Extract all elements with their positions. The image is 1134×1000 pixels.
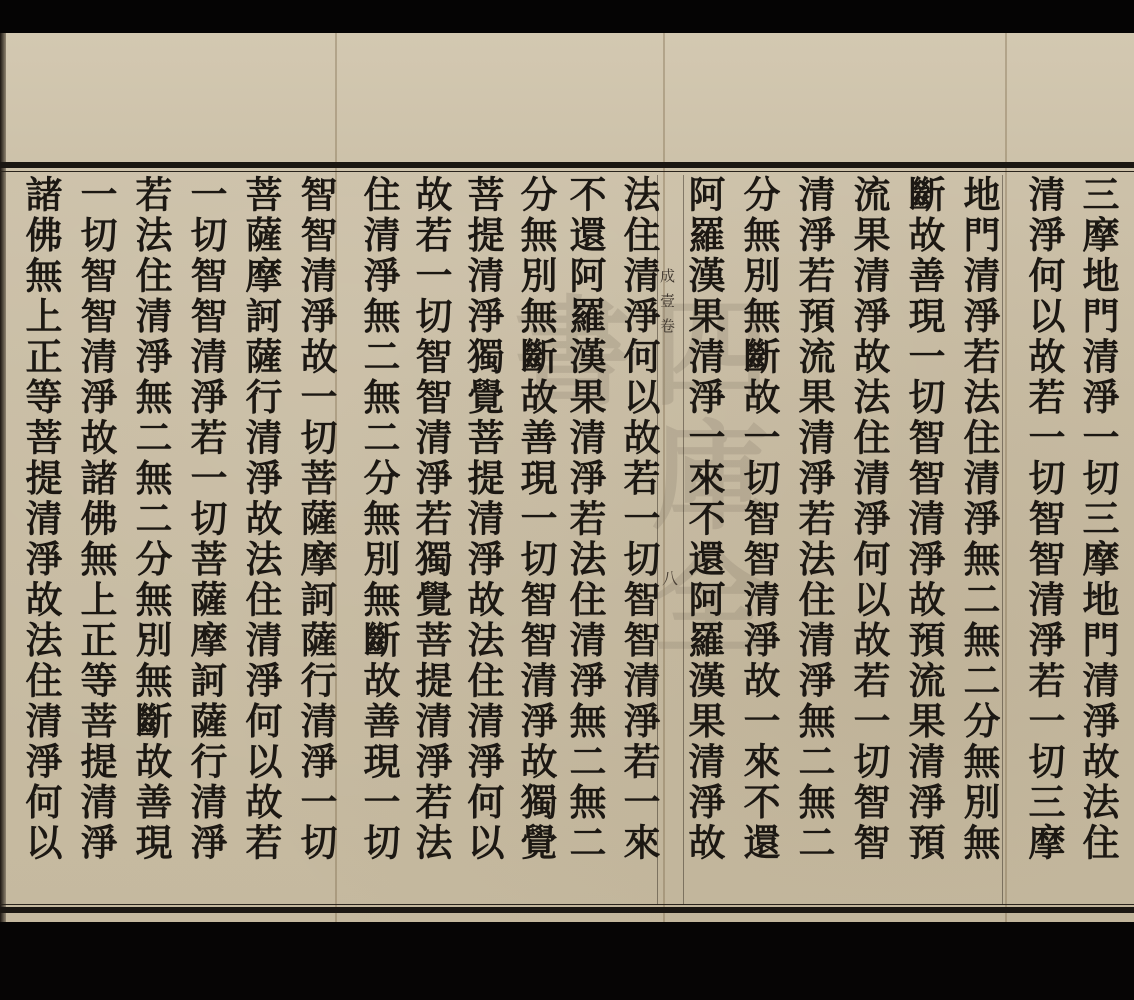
text-column: 智智清淨故一切菩薩摩訶薩行清淨一切 (290, 175, 342, 905)
text-column: 若法住清淨無二無二分無別無斷故善現 (125, 175, 177, 905)
text-column: 清淨若預流果清淨若法住清淨無二無二 (788, 175, 840, 905)
text-column: 三摩地門清淨一切三摩地門清淨故法住 (1072, 175, 1124, 905)
text-column: 菩提清淨獨覺菩提清淨故法住清淨何以 (457, 175, 509, 905)
text-column: 菩薩摩訶薩行清淨故法住清淨何以故若 (235, 175, 287, 905)
text-block: 三摩地門清淨一切三摩地門清淨故法住 清淨何以故若一切智智清淨若一切三摩 地門清淨… (10, 175, 1130, 905)
text-column: 住清淨無二無二分無別無斷故善現一切 (353, 175, 405, 905)
fold-margin-label: 成壹卷 (657, 268, 678, 343)
text-column: 不還阿羅漢果清淨若法住清淨無二無二 (559, 175, 611, 905)
scan-bottom-border (0, 922, 1134, 1000)
text-column: 故若一切智智清淨若獨覺菩提清淨若法 (405, 175, 457, 905)
text-column: 阿羅漢果清淨一來不還阿羅漢果清淨故 (678, 175, 730, 905)
page-number: 八 (662, 566, 678, 589)
text-column: 地門清淨若法住清淨無二無二分無別無 (953, 175, 1005, 905)
top-margin (2, 33, 1134, 161)
bottom-frame-rule-thick (0, 907, 1134, 913)
text-column: 一切智智清淨故諸佛無上正等菩提清淨 (70, 175, 122, 905)
text-column: 分無別無斷故一切智智清淨故一來不還 (733, 175, 785, 905)
text-column: 一切智智清淨若一切菩薩摩訶薩行清淨 (180, 175, 232, 905)
text-column: 清淨何以故若一切智智清淨若一切三摩 (1018, 175, 1070, 905)
text-column: 流果清淨故法住清淨何以故若一切智智 (843, 175, 895, 905)
text-column: 斷故善現一切智智清淨故預流果清淨預 (898, 175, 950, 905)
text-column: 諸佛無上正等菩提清淨故法住清淨何以 (15, 175, 67, 905)
top-frame-rule-thick (0, 162, 1134, 168)
top-frame-rule-thin (0, 171, 1134, 172)
text-column: 分無別無斷故善現一切智智清淨故獨覺 (510, 175, 562, 905)
